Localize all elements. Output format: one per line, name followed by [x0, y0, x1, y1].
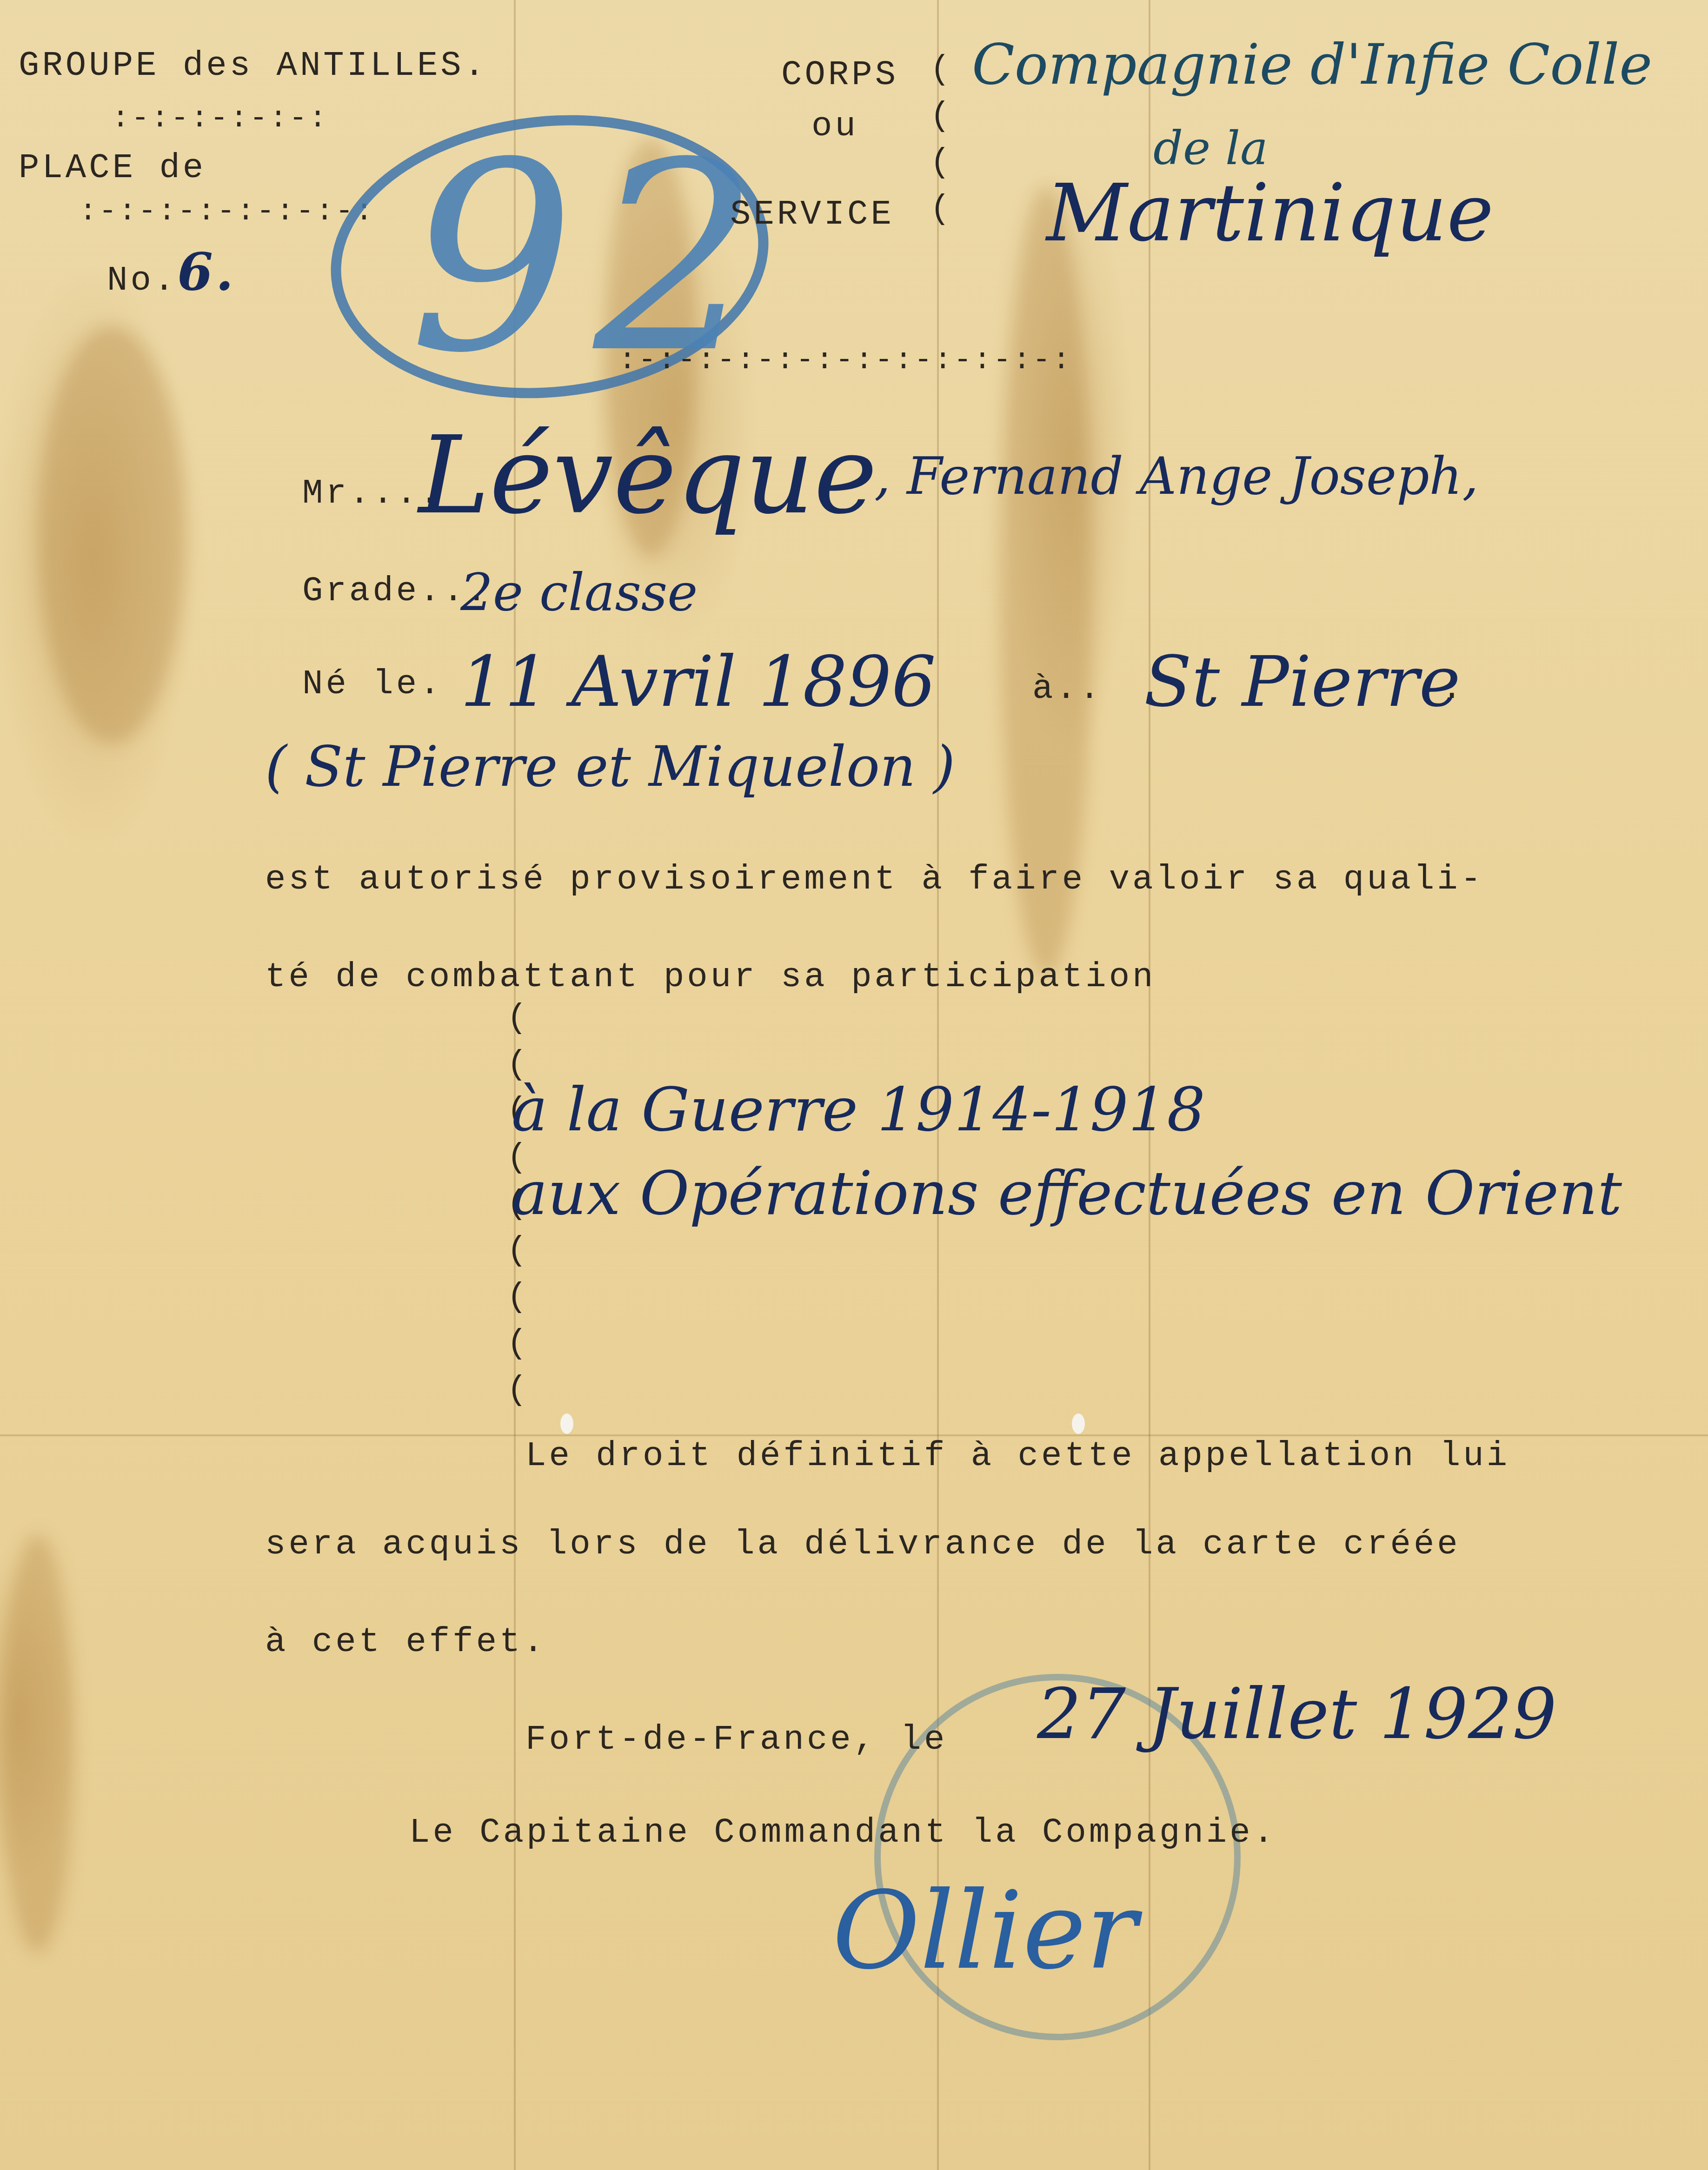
separator: :-:-:-:-:-:-:-:-:-:-:-:: [618, 344, 1072, 378]
born-label: Né le.: [302, 665, 443, 704]
place-label: PLACE de: [19, 149, 206, 188]
grade-value: 2e classe: [460, 563, 698, 622]
bracket: ((((: [930, 46, 950, 232]
corps-label: CORPS: [781, 56, 898, 95]
signatory-title: Le Capitaine Commandant la Compagnie.: [409, 1813, 1276, 1852]
water-stain: [0, 1534, 74, 1953]
body-line-1: est autorisé provisoirement à faire valo…: [265, 860, 1484, 899]
participation-line-1: à la Guerre 1914-1918: [512, 1074, 1205, 1145]
signature: Ollier: [832, 1869, 1137, 1993]
punch-hole: [1072, 1413, 1085, 1434]
number-value: 6.: [177, 242, 236, 302]
separator: :-:-:-:-:-:-:-:: [79, 195, 375, 229]
closing-place: Fort-de-France, le: [525, 1720, 947, 1759]
birth-place-trailer: .: [1442, 670, 1465, 709]
at-label: à..: [1032, 670, 1103, 709]
given-names: , Fernand Ange Joseph,: [874, 446, 1478, 506]
participation-line-2: aux Opérations effectuées en Orient: [512, 1158, 1622, 1228]
group-label: GROUPE des ANTILLES.: [19, 46, 487, 86]
number-label-text: No.: [107, 261, 177, 300]
water-stain: [1000, 186, 1093, 976]
water-stain: [37, 325, 186, 744]
birth-date: 11 Avril 1896: [460, 642, 936, 723]
paragraph2-line-1: Le droit définitif à cette appellation l…: [525, 1437, 1510, 1476]
paragraph2-line-3: à cet effet.: [265, 1623, 546, 1662]
paragraph2-line-2: sera acquis lors de la délivrance de la …: [265, 1525, 1461, 1564]
closing-date: 27 Juillet 1929: [1037, 1674, 1557, 1755]
surname: Lévêque: [419, 414, 877, 538]
unit-name-line1: Compagnie d'Infie Colle: [972, 33, 1652, 97]
birth-place: St Pierre: [1144, 642, 1461, 723]
punch-hole: [560, 1413, 573, 1434]
paper-fold: [0, 1434, 1708, 1436]
ou-label: ou: [811, 107, 858, 146]
number-label: No.6.: [107, 242, 236, 302]
separator: :-:-:-:-:-:: [112, 102, 328, 136]
birth-region: ( St Pierre et Miquelon ): [265, 735, 955, 799]
service-label: SERVICE: [730, 195, 894, 234]
body-line-2: té de combattant pour sa participation: [265, 958, 1156, 997]
unit-name-line3: Martinique: [1046, 167, 1494, 259]
